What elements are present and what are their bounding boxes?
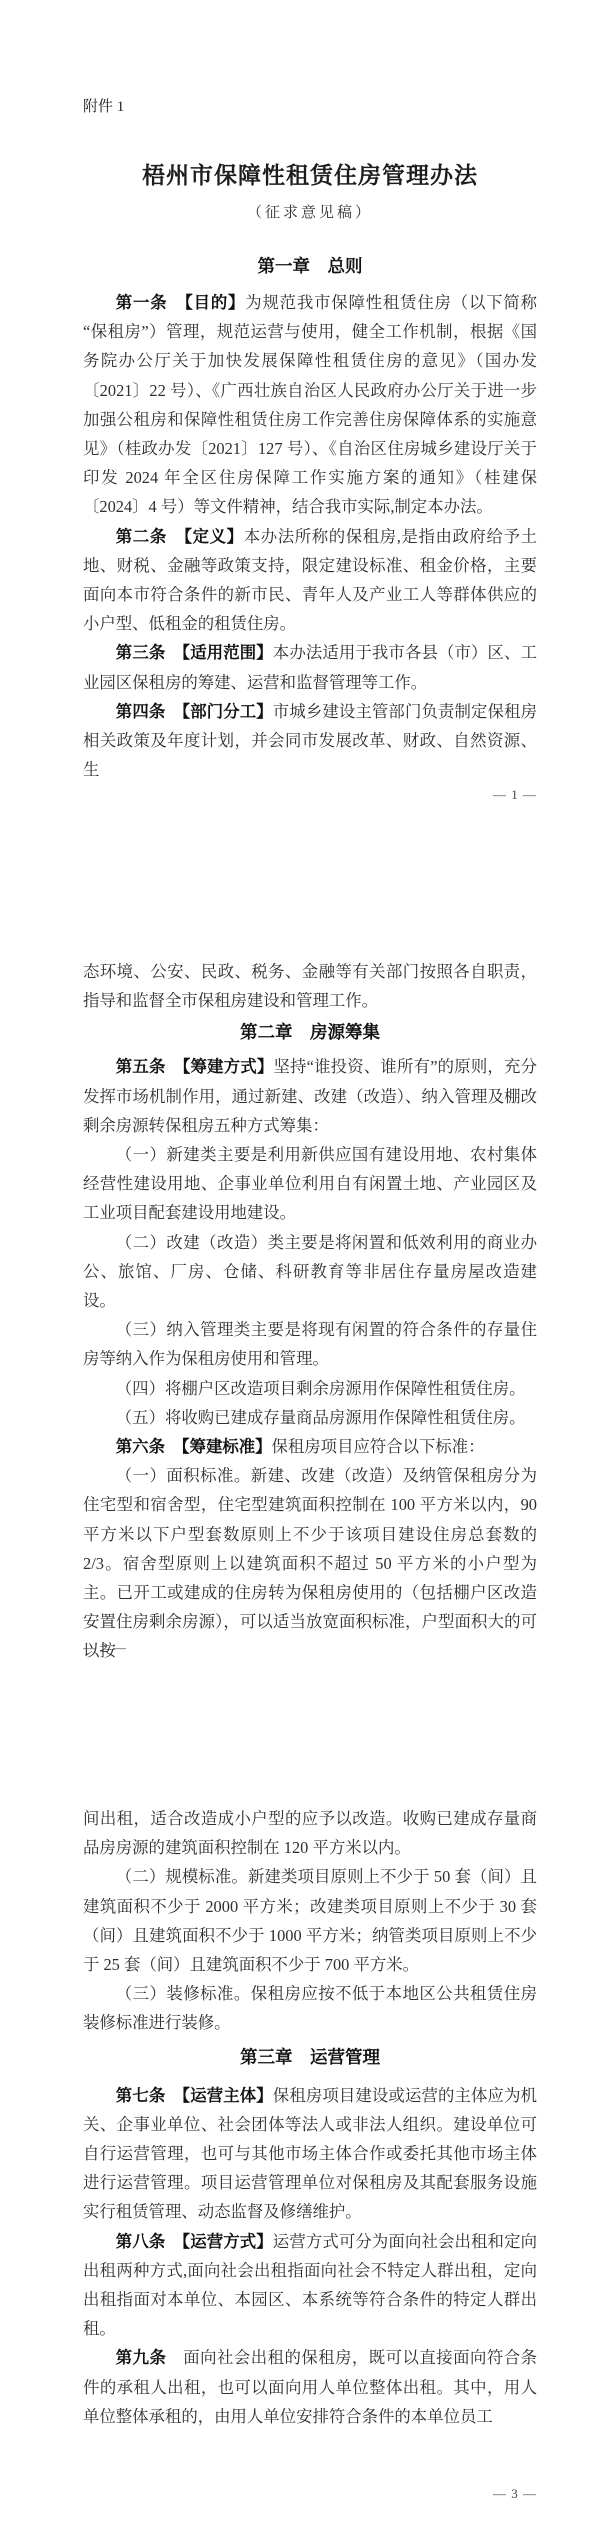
paragraph-item: （三）装修标准。保租房应按不低于本地区公共租赁住房装修标准进行装修。 [83,1979,537,2037]
article-lead: 第三条 【适用范围】 [116,643,273,662]
page-number-3: — 3 — [493,2486,537,2502]
paragraph-item: （一）面积标准。新建、改建（改造）及纳管保租房分为住宅型和宿舍型，住宅型建筑面积… [83,1461,537,1665]
attachment-label: 附件 1 [83,98,537,116]
document-page-2: 态环境、公安、民政、税务、金融等有关部门按照各自职责，指导和监督全市保租房建设和… [0,849,600,1697]
paragraph-article: 第六条 【筹建标准】保租房项目应符合以下标准： [83,1432,537,1461]
chapter-heading: 第二章 房源筹集 [83,1022,537,1042]
document-title: 梧州市保障性租赁住房管理办法 [83,161,537,191]
page-1-content: 附件 1 梧州市保障性租赁住房管理办法 （征求意见稿） 第一章 总则第一条 【目… [83,0,537,784]
article-lead: 第六条 【筹建标准】 [116,1437,272,1456]
paragraph-item: （四）将棚户区改造项目剩余房源用作保障性租赁住房。 [83,1374,537,1403]
page-1-body: 第一章 总则第一条 【目的】为规范我市保障性租赁住房（以下简称“保租房”）管理，… [83,256,537,784]
paragraph-continuation: 间出租，适合改造成小户型的应予以改造。收购已建成存量商品房房源的建筑面积控制在 … [83,1804,537,1862]
chapter-heading: 第三章 运营管理 [83,2047,537,2067]
article-lead: 第一条 【目的】 [116,293,245,312]
paragraph-article: 第八条 【运营方式】运营方式可分为面向社会出租和定向出租两种方式,面向社会出租指… [83,2227,537,2344]
chapter-heading: 第一章 总则 [83,256,537,276]
paragraph-article: 第九条 面向社会出租的保租房，既可以直接面向符合条件的承租人出租，也可以面向用人… [83,2343,537,2431]
paragraph-article: 第五条 【筹建方式】坚持“谁投资、谁所有”的原则，充分发挥市场机制作用，通过新建… [83,1052,537,1140]
paragraph-item: （二）改建（改造）类主要是将闲置和低效利用的商业办公、旅馆、厂房、仓储、科研教育… [83,1228,537,1316]
document-subtitle: （征求意见稿） [83,204,537,222]
article-lead: 第七条 【运营主体】 [116,2086,273,2105]
article-lead: 第五条 【筹建方式】 [116,1057,274,1076]
paragraph-continuation: 态环境、公安、民政、税务、金融等有关部门按照各自职责，指导和监督全市保租房建设和… [83,957,537,1015]
paragraph-article: 第四条 【部门分工】市城乡建设主管部门负责制定保租房相关政策及年度计划，并会同市… [83,697,537,785]
article-lead: 第四条 【部门分工】 [116,702,273,721]
page-3-body: 间出租，适合改造成小户型的应予以改造。收购已建成存量商品房房源的建筑面积控制在 … [83,1804,537,2431]
paragraph-article: 第三条 【适用范围】本办法适用于我市各县（市）区、工业园区保租房的筹建、运营和监… [83,638,537,696]
document-page-1: 附件 1 梧州市保障性租赁住房管理办法 （征求意见稿） 第一章 总则第一条 【目… [0,0,600,849]
page-2-body: 态环境、公安、民政、税务、金融等有关部门按照各自职责，指导和监督全市保租房建设和… [83,957,537,1666]
page-2-content: 态环境、公安、民政、税务、金融等有关部门按照各自职责，指导和监督全市保租房建设和… [83,849,537,1666]
paragraph-item: （三）纳入管理类主要是将现有闲置的符合条件的存量住房等纳入作为保租房使用和管理。 [83,1315,537,1373]
article-lead: 第九条 [116,2348,183,2367]
article-lead: 第二条 【定义】 [116,527,244,546]
page-3-content: 间出租，适合改造成小户型的应予以改造。收购已建成存量商品房房源的建筑面积控制在 … [83,1697,537,2431]
paragraph-article: 第七条 【运营主体】保租房项目建设或运营的主体应为机关、企事业单位、社会团体等法… [83,2081,537,2227]
paragraph-article: 第一条 【目的】为规范我市保障性租赁住房（以下简称“保租房”）管理，规范运营与使… [83,288,537,522]
document-screenshot: { "page_bg": "#ffffff", "body_text_color… [0,0,600,2546]
page-number-1: — 1 — [493,787,537,803]
document-page-3: 间出租，适合改造成小户型的应予以改造。收购已建成存量商品房房源的建筑面积控制在 … [0,1697,600,2546]
paragraph-article: 第二条 【定义】本办法所称的保租房,是指由政府给予土地、财税、金融等政策支持，限… [83,522,537,639]
paragraph-item: （一）新建类主要是利用新供应国有建设用地、农村集体经营性建设用地、企事业单位利用… [83,1140,537,1228]
page-number-2: — 2 — [83,1640,127,1656]
article-lead: 第八条 【运营方式】 [116,2232,273,2251]
paragraph-item: （五）将收购已建成存量商品房源用作保障性租赁住房。 [83,1403,537,1432]
paragraph-item: （二）规模标准。新建类项目原则上不少于 50 套（间）且建筑面积不少于 2000… [83,1862,537,1979]
